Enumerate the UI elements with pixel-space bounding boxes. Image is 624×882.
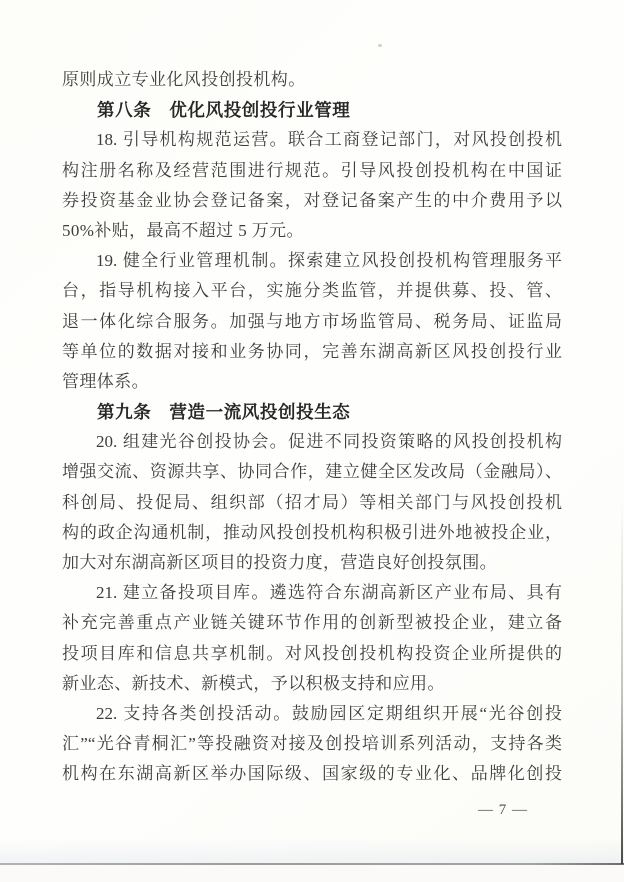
scan-background-strip xyxy=(0,865,624,882)
section-heading: 第九条 营造一流风投创投生态 xyxy=(62,397,562,427)
text-line: 补充完善重点产业链关键环节作用的创新型被投企业，建立备 xyxy=(62,608,562,638)
text-line: 管理体系。 xyxy=(62,367,562,397)
text-line: 50%补贴，最高不超过 5 万元。 xyxy=(62,216,562,246)
text-line: 构的政企沟通机制，推动风投创投机构积极引进外地被投企业， xyxy=(62,518,562,548)
text-line: 退一体化综合服务。加强与地方市场监管局、税务局、证监局 xyxy=(62,307,562,337)
scan-dust-speck xyxy=(378,44,382,47)
text-line: 投项目库和信息共享机制。对风投创投机构投资企业所提供的 xyxy=(62,639,562,669)
text-line: 新业态、新技术、新模式，予以积极支持和应用。 xyxy=(62,669,562,699)
text-line: 19. 健全行业管理机制。探索建立风投创投机构管理服务平 xyxy=(62,246,562,276)
text-line: 原则成立专业化风投创投机构。 xyxy=(62,65,562,95)
text-line: 等单位的数据对接和业务协同，完善东湖高新区风投创投行业 xyxy=(62,337,562,367)
text-line: 加大对东湖高新区项目的投资力度，营造良好创投氛围。 xyxy=(62,548,562,578)
section-heading: 第八条 优化风投创投行业管理 xyxy=(62,95,562,125)
text-line: 机构在东湖高新区举办国际级、国家级的专业化、品牌化创投 xyxy=(62,759,562,789)
scanned-document-page: 原则成立专业化风投创投机构。第八条 优化风投创投行业管理18. 引导机构规范运营… xyxy=(0,0,624,882)
page-right-edge-shadow xyxy=(621,500,623,864)
text-line: 科创局、投促局、组织部（招才局）等相关部门与风投创投机 xyxy=(62,488,562,518)
page-number: — 7 — xyxy=(478,799,598,821)
text-line: 21. 建立备投项目库。遴选符合东湖高新区产业布局、具有 xyxy=(62,578,562,608)
text-line: 22. 支持各类创投活动。鼓励园区定期组织开展“光谷创投 xyxy=(62,699,562,729)
document-body: 原则成立专业化风投创投机构。第八条 优化风投创投行业管理18. 引导机构规范运营… xyxy=(62,65,562,790)
text-line: 台，指导机构接入平台，实施分类监管，并提供募、投、管、 xyxy=(62,276,562,306)
text-line: 增强交流、资源共享、协同合作，建立健全区发改局（金融局）、 xyxy=(62,457,562,487)
text-line: 18. 引导机构规范运营。联合工商登记部门，对风投创投机 xyxy=(62,125,562,155)
scan-bottom-shadow xyxy=(0,838,624,863)
text-line: 构注册名称及经营范围进行规范。引导风投创投机构在中国证 xyxy=(62,156,562,186)
text-line: 20. 组建光谷创投协会。促进不同投资策略的风投创投机构 xyxy=(62,427,562,457)
text-line: 券投资基金业协会登记备案，对登记备案产生的中介费用予以 xyxy=(62,186,562,216)
text-line: 汇”“光谷青桐汇”等投融资对接及创投培训系列活动，支持各类 xyxy=(62,729,562,759)
